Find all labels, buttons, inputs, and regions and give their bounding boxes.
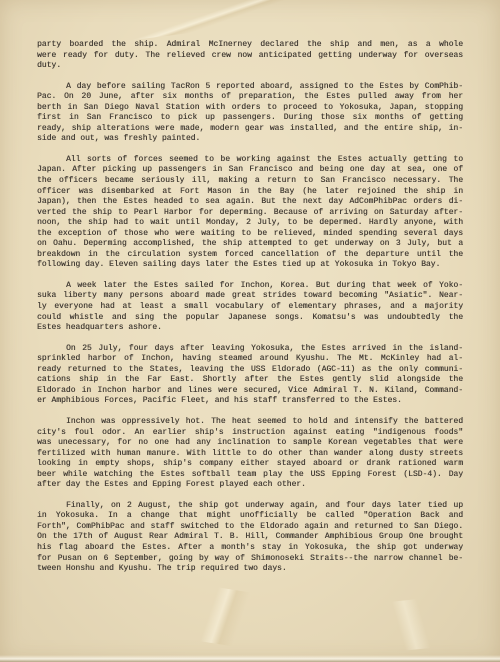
text-line: On the 17th of August Rear Admiral T. B.…: [37, 532, 463, 543]
text-line: was unecessary, for no one had any incli…: [37, 438, 463, 449]
text-line: Japan), then the Estes headed to sea aga…: [37, 197, 463, 208]
text-line: ready, ship alterations were made, moder…: [37, 124, 463, 135]
text-line: Japan. After picking up passengers in Sa…: [37, 165, 463, 176]
paragraph: A day before sailing TacRon 5 reported a…: [37, 82, 463, 145]
text-line: beer while watching the Estes softball t…: [37, 470, 463, 481]
text-line: in Yokosuka. In a change that might unof…: [37, 511, 463, 522]
text-line: Forth", ComPhibPac and staff switched to…: [37, 522, 463, 533]
text-line: Finally, on 2 August, the ship got under…: [37, 501, 463, 512]
text-line: suka liberty many persons aboard made gr…: [37, 291, 463, 302]
paragraph: All sorts of forces seemed to be working…: [37, 155, 463, 271]
text-line: could whistle and sing the popular Japan…: [37, 313, 463, 324]
paragraph: Inchon was oppressively hot. The heat se…: [37, 417, 463, 491]
typewritten-page: party boarded the ship. Admiral McInerne…: [0, 0, 500, 662]
text-line: party boarded the ship. Admiral McInerne…: [37, 40, 463, 51]
text-line: following day. Eleven sailing days later…: [37, 260, 463, 271]
text-line: his flag aboard the Estes. After a month…: [37, 543, 463, 554]
paper-crease: [119, 0, 342, 41]
text-line: berth in San Diego Naval Station with or…: [37, 103, 463, 114]
text-line: breakdown in the circulation system forc…: [37, 250, 463, 261]
text-line: city's foul odor. An earlier ship's inst…: [37, 428, 463, 439]
paragraph: Finally, on 2 August, the ship got under…: [37, 501, 463, 575]
text-line: ready returned to the States, leaving th…: [37, 365, 463, 376]
text-line: side and out, was freshly painted.: [37, 134, 463, 145]
text-line: All sorts of forces seemed to be working…: [37, 155, 463, 166]
text-line: tween Honshu and Kyushu. The trip requir…: [37, 564, 463, 575]
text-line: were ready for duty. The relieved crew n…: [37, 51, 463, 62]
paper-crease: [298, 589, 500, 662]
text-line: cations ship in the Far East. Shortly af…: [37, 375, 463, 386]
text-line: on Oahu. Deperming accomplished, the shi…: [37, 239, 463, 250]
paper-bottom-edge: [0, 655, 500, 662]
text-line: A week later the Estes sailed for Inchon…: [37, 281, 463, 292]
text-line: the officers became seriously ill, makin…: [37, 176, 463, 187]
text-line: officer was disembarked at Fort Mason in…: [37, 187, 463, 198]
text-line: Pac. On 20 June, after six months of pre…: [37, 92, 463, 103]
text-line: fertilized with human manure. With littl…: [37, 449, 463, 460]
paragraph: On 25 July, four days after leaving Yoko…: [37, 344, 463, 407]
text-line: first in San Francisco to pick up passen…: [37, 113, 463, 124]
text-line: On 25 July, four days after leaving Yoko…: [37, 344, 463, 355]
text-line: after day the Estes and Epping Forest pl…: [37, 480, 463, 491]
paragraph: A week later the Estes sailed for Inchon…: [37, 281, 463, 334]
text-line: A day before sailing TacRon 5 reported a…: [37, 82, 463, 93]
text-line: Inchon was oppressively hot. The heat se…: [37, 417, 463, 428]
text-line: the exception of those who were waiting …: [37, 229, 463, 240]
text-line: er Amphibious Forces, Pacific Fleet, and…: [37, 396, 463, 407]
text-line: duty.: [37, 61, 463, 72]
text-line: Eldorado in Inchon harbor and lines were…: [37, 386, 463, 397]
page-text: party boarded the ship. Admiral McInerne…: [37, 40, 463, 575]
text-line: for Pusan on 6 September, going by way o…: [37, 554, 463, 565]
text-line: ly everyone had at least a small vocabul…: [37, 302, 463, 313]
text-line: Estes headquarters ashore.: [37, 323, 463, 334]
paper-crease: [87, 568, 353, 662]
paragraph: party boarded the ship. Admiral McInerne…: [37, 40, 463, 72]
text-line: verted the ship to Pearl Harbor for depe…: [37, 208, 463, 219]
text-line: looking in empty shops, ship's company e…: [37, 459, 463, 470]
text-line: noon, the ship had to wait until Monday,…: [37, 218, 463, 229]
text-line: sprinkled harbor of Inchon, having steam…: [37, 354, 463, 365]
